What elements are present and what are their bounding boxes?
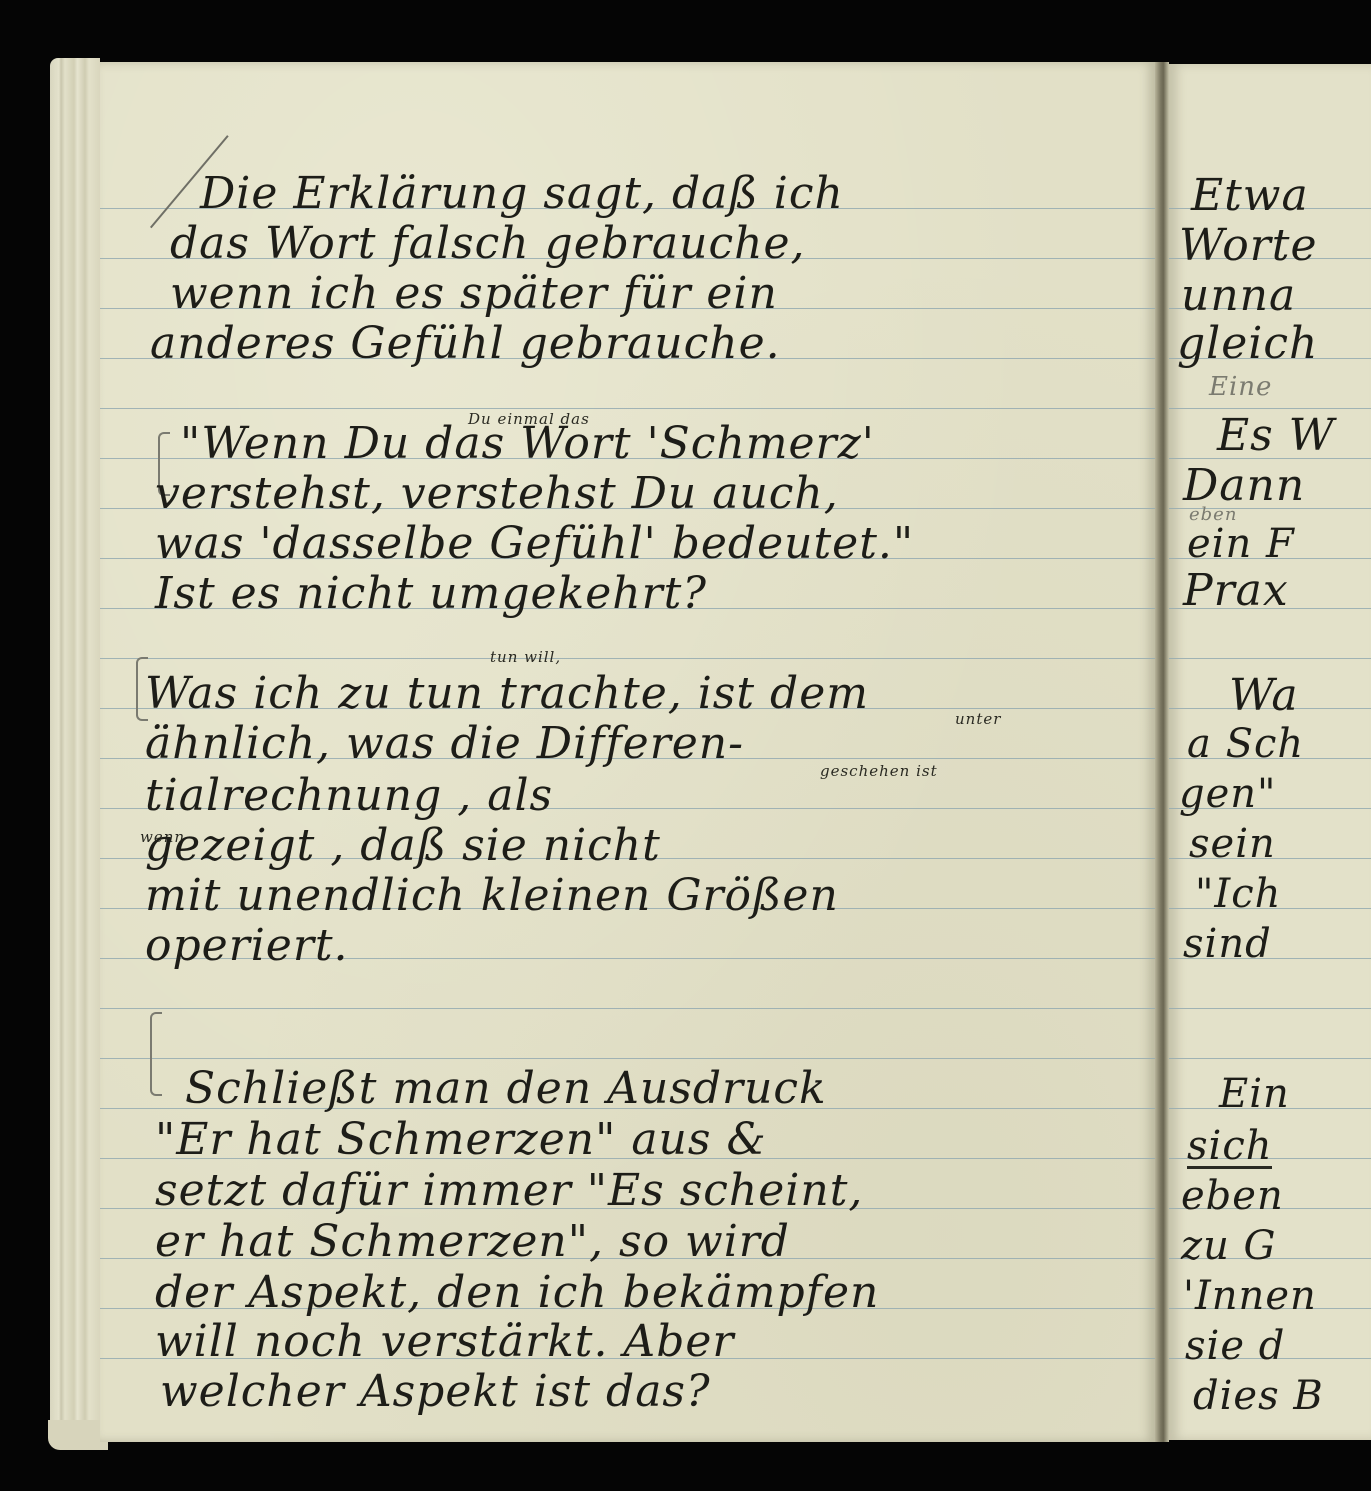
handwritten-line: Was ich zu tun trachte, ist dem: [145, 672, 869, 716]
handwritten-fragment: gleich: [1177, 322, 1318, 366]
handwritten-fragment: zu G: [1181, 1226, 1277, 1266]
handwritten-fragment: Dann: [1183, 464, 1305, 508]
handwritten-line: verstehst, verstehst Du auch,: [155, 472, 839, 516]
rule-line: [100, 1008, 1155, 1009]
page-stack-bottom: [48, 1420, 108, 1450]
handwritten-fragment: dies B: [1193, 1376, 1324, 1416]
handwritten-fragment: 'Innen: [1183, 1276, 1317, 1316]
rule-line: [1169, 1058, 1371, 1059]
handwritten-fragment: sich: [1187, 1126, 1272, 1169]
handwritten-line: was 'dasselbe Gefühl' bedeutet.": [155, 522, 914, 566]
margin-bracket-mark: [150, 1012, 162, 1096]
handwritten-fragment: a Sch: [1187, 724, 1304, 764]
notebook-gutter: [1155, 62, 1169, 1442]
page-stack-edges: [50, 58, 100, 1443]
handwritten-line: Schließt man den Ausdruck: [185, 1067, 827, 1111]
handwritten-line: das Wort falsch gebrauche,: [170, 222, 806, 266]
interlinear-insertion: unter: [955, 712, 1001, 727]
rule-line: [100, 658, 1155, 659]
handwritten-fragment: Prax: [1183, 569, 1289, 613]
handwritten-line: Ist es nicht umgekehrt?: [155, 572, 707, 616]
rule-line: [1169, 1008, 1371, 1009]
handwritten-line: "Er hat Schmerzen" aus &: [155, 1118, 767, 1162]
handwritten-fragment: sein: [1189, 824, 1276, 864]
handwritten-line: mit unendlich kleinen Größen: [145, 874, 839, 918]
handwritten-fragment: eben: [1181, 1176, 1284, 1216]
handwritten-fragment: gen": [1179, 774, 1276, 814]
handwritten-line: er hat Schmerzen", so wird: [155, 1220, 790, 1264]
handwritten-fragment: Ein: [1219, 1074, 1290, 1114]
handwritten-line: wenn ich es später für ein: [170, 272, 778, 316]
handwritten-fragment: Worte: [1179, 224, 1317, 268]
handwritten-line: tialrechnung , als: [145, 774, 553, 818]
left-page: Die Erklärung sagt, daß ich das Wort fal…: [100, 62, 1155, 1442]
handwritten-fragment: Eine: [1209, 374, 1272, 400]
rule-line: [100, 408, 1155, 409]
handwritten-fragment: unna: [1181, 274, 1296, 318]
rule-line: [1169, 658, 1371, 659]
handwritten-line: anderes Gefühl gebrauche.: [150, 322, 781, 366]
handwritten-fragment: Etwa: [1191, 174, 1309, 218]
handwritten-line: welcher Aspekt ist das?: [160, 1370, 711, 1414]
handwritten-line: operiert.: [145, 924, 349, 968]
interlinear-insertion: tun will,: [490, 650, 561, 665]
handwritten-fragment: ein F: [1187, 524, 1295, 564]
interlinear-insertion: geschehen ist: [820, 764, 938, 779]
handwritten-line: gezeigt , daß sie nicht: [145, 824, 661, 868]
handwritten-fragment: sind: [1183, 924, 1272, 964]
rule-line: [1169, 408, 1371, 409]
handwritten-fragment: Es W: [1217, 414, 1335, 458]
handwritten-fragment: "Ich: [1195, 874, 1281, 914]
rule-line: [100, 1058, 1155, 1059]
handwritten-line: "Wenn Du das Wort 'Schmerz': [180, 422, 875, 466]
handwritten-line: ähnlich, was die Differen-: [145, 722, 744, 766]
handwritten-fragment: sie d: [1185, 1326, 1285, 1366]
handwritten-line: setzt dafür immer "Es scheint,: [155, 1169, 863, 1213]
right-page: Etwa Worte unna gleich Eine Es W Dann eb…: [1169, 64, 1371, 1440]
handwritten-line: der Aspekt, den ich bekämpfen: [155, 1271, 879, 1315]
handwritten-fragment: Wa: [1229, 674, 1299, 718]
handwritten-line: Die Erklärung sagt, daß ich: [200, 172, 844, 216]
handwritten-line: will noch verstärkt. Aber: [155, 1320, 734, 1364]
